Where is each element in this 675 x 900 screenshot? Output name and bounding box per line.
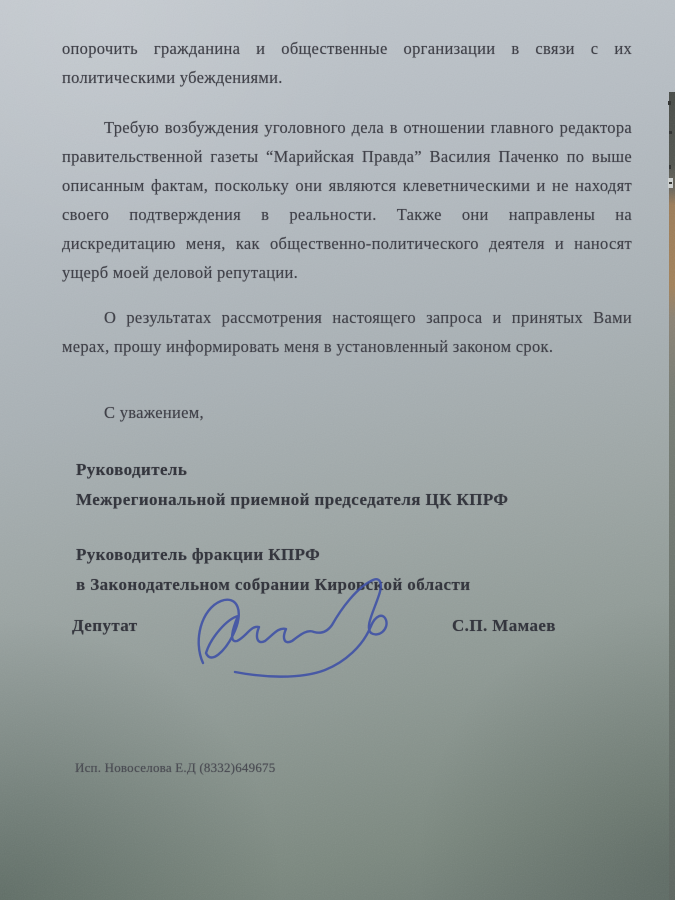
signoff-title: Руководитель [76,455,632,485]
document-line: ущерб моей деловой репутации. [62,258,632,287]
document-line: Требую возбуждения уголовного дела в отн… [62,113,632,142]
signoff-title: Межрегиональной приемной председателя ЦК… [76,485,632,515]
edge-debris [669,131,672,134]
edge-debris [668,101,671,105]
document-line: дискредитацию меня, как общественно-поли… [62,229,632,258]
document-line: мерах, прошу информировать меня в устано… [62,332,632,361]
document-line: своего подтверждения в реальности. Также… [62,200,632,229]
document-line: описанным фактам, поскольку они являются… [62,171,632,200]
edge-debris [669,165,671,169]
signature-autograph-icon [183,575,418,680]
document-line: опорочить гражданина и общественные орга… [62,34,632,63]
executor-note: Исп. Новоселова Е.Д (8332)649675 [75,760,632,776]
signer-name: С.П. Мамаев [452,611,556,641]
document-line: политическими убеждениями. [62,63,632,92]
document-line: правительственной газеты “Марийская Прав… [62,142,632,171]
signer-title: Депутат [72,616,138,635]
edge-paper-chip [668,178,673,188]
closing-salutation: С уважением, [62,398,632,427]
document-line: О результатах рассмотрения настоящего за… [62,303,632,332]
signoff-title: Руководитель фракции КПРФ [76,540,632,570]
document-photo: опорочить гражданина и общественные орга… [0,0,675,900]
page-edge [669,92,675,900]
